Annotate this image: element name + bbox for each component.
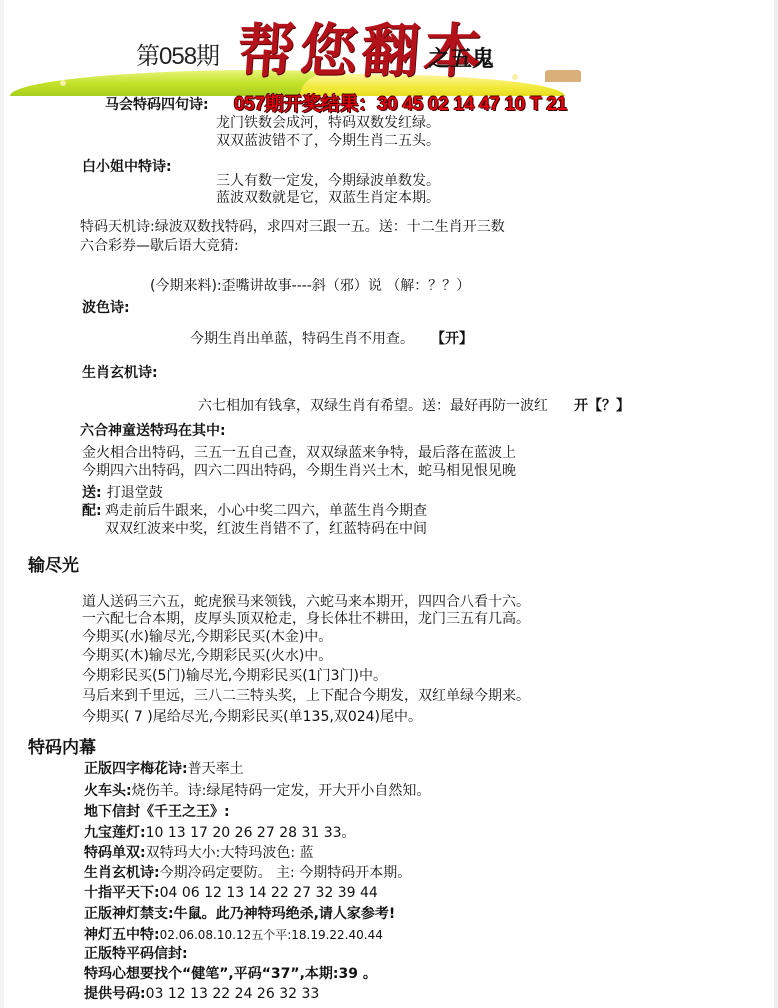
item-label: 提供号码: (84, 986, 146, 1002)
section-label: 特码天机诗: (80, 219, 155, 235)
item-value: 双特玛大小:大特玛波色: 蓝 (146, 845, 314, 861)
item-label: 正版神灯禁支: (84, 906, 174, 922)
poem-line: 马后来到千里远，三八二三特头奖，上下配合今期发，双红单绿今期来。 (82, 685, 530, 705)
brand-subtitle: 之五鬼 (428, 42, 494, 73)
item-label: 火车头: (84, 783, 132, 799)
poem-line: 双双蓝波错不了，今期生肖二五头。 (216, 130, 440, 150)
item-label: 十指平天下: (84, 885, 160, 901)
section-title: 特码内幕 (28, 733, 96, 758)
item-value: 普天率土 (188, 761, 244, 777)
item-value: 10 13 17 20 26 27 28 31 33。 (146, 825, 356, 841)
pei-label: 配: (82, 500, 102, 520)
list-item: 特码单双:双特玛大小:大特玛波色: 蓝 (84, 842, 314, 862)
list-item: 提供号码:03 12 13 22 24 26 32 33 (84, 983, 319, 1003)
xuanji-text: 六七相加有钱拿，双绿生肖有希望。送：最好再防一波红 (198, 398, 548, 414)
section-label-bose: 波色诗: (82, 297, 130, 317)
song-text: 打退堂鼓 (107, 485, 163, 501)
list-item: 九宝莲灯:10 13 17 20 26 27 28 31 33。 (84, 822, 356, 842)
list-item: 地下信封《千王之王》: (84, 801, 230, 821)
item-label: 正版四字梅花诗: (84, 761, 188, 777)
item-label: 九宝莲灯: (84, 825, 146, 841)
buy-line: 今期买(木)输尽光,今期彩民买(火水)中。 (82, 645, 332, 665)
section-label: 六合神童送特玛在其中: (80, 420, 226, 440)
scrollbar-track[interactable] (774, 0, 778, 1008)
item-value: 牛鼠。此乃神特玛绝杀,请人家参考! (174, 906, 396, 922)
item-value: 03 12 13 22 24 26 32 33 (146, 986, 320, 1002)
section-tianji: 特码天机诗:绿波双数找特码，求四对三跟一五。送：十二生肖开三数 (80, 216, 505, 236)
bose-row: 今期生肖出单蓝，特码生肖不用查。【开】 (190, 328, 473, 348)
pei-line: 双双红波来中奖，红波生肖错不了，红蓝特码在中间 (105, 518, 427, 538)
poem-line: 龙门铁数会成河，特码双数发红绿。 (216, 112, 440, 132)
poem-line: 今期四六出特码，四六二四出特码，今期生肖兴土木，蛇马相见恨见晚 (82, 460, 516, 480)
left-edge (0, 0, 4, 1008)
song-row: 送: 打退堂鼓 (82, 482, 163, 502)
xuanji-row: 六七相加有钱拿，双绿生肖有希望。送：最好再防一波红开【？】 (198, 395, 630, 415)
riddle-text: 歪嘴讲故事----斜（邪）说 （解：？？） (222, 278, 471, 294)
list-item: 火车头:烧伤羊。诗:绿尾特码一定发，开大开小自然知。 (84, 780, 430, 800)
xuanji-bracket: 开【？】 (574, 398, 630, 414)
section-title: 输尽光 (28, 551, 79, 576)
item-value: 今期冷码定要防。 主: 今期特码开本期。 (160, 865, 412, 881)
poem-line: 金火相合出特码，三五一五自己查，双双绿蓝来争特，最后落在蓝波上 (82, 442, 516, 462)
list-item: 正版四字梅花诗:普天率土 (84, 758, 244, 778)
item-label: 生肖玄机诗: (84, 865, 160, 881)
source-label: (今期来料): (150, 278, 222, 294)
dot-decoration (512, 74, 518, 80)
poem-line: 一六配七合本期，皮厚头顶双枪走，身长体壮不耕田，龙门三五有几高。 (82, 608, 530, 628)
list-item: 十指平天下:04 06 12 13 14 22 27 32 39 44 (84, 882, 378, 902)
item-label: 神灯五中特: (84, 927, 160, 943)
list-item: 正版神灯禁支:牛鼠。此乃神特玛绝杀,请人家参考! (84, 903, 395, 923)
buy-line: 今期买(水)输尽光,今期彩民买(木金)中。 (82, 626, 332, 646)
item-label: 正版特平码信封: (84, 946, 188, 962)
xiehouyu-row: (今期来料):歪嘴讲故事----斜（邪）说 （解：？？） (150, 275, 470, 295)
item-value: 02.06.08.10.12五个平:18.19.22.40.44 (160, 928, 383, 942)
buy-line: 今期买( 7 )尾给尽光,今期彩民买(单135,双024)尾中。 (82, 706, 422, 726)
list-item: 神灯五中特:02.06.08.10.12五个平:18.19.22.40.44 (84, 924, 383, 944)
pei-line: 鸡走前后牛跟来，小心中奖二四六，单蓝生肖今期查 (105, 500, 427, 520)
section-label-xuanji: 生肖玄机诗: (82, 362, 158, 382)
issue-number: 第058期 (136, 36, 219, 71)
xiehouyu-label: 六合彩券—歇后语大竞猜: (80, 235, 239, 255)
item-label: 特码单双: (84, 845, 146, 861)
item-value: 04 06 12 13 14 22 27 32 39 44 (160, 885, 378, 901)
buy-line: 今期彩民买(5门)输尽光,今期彩民买(1门3门)中。 (82, 665, 387, 685)
item-label: 地下信封《千王之王》: (84, 804, 230, 820)
section-text: 绿波双数找特码，求四对三跟一五。送：十二生肖开三数 (155, 219, 505, 235)
item-label: 特玛心想要找个 (84, 966, 182, 982)
dot-decoration (60, 80, 66, 86)
song-label: 送: (82, 485, 102, 501)
house-decoration (545, 70, 581, 82)
list-item: 特玛心想要找个“健笔”,平码“37”,本期:39 。 (84, 963, 377, 983)
poem-line: 蓝波双数就是它，双蓝生肖定本期。 (216, 187, 440, 207)
bose-text: 今期生肖出单蓝，特码生肖不用查。 (190, 331, 414, 347)
list-item: 生肖玄机诗:今期冷码定要防。 主: 今期特码开本期。 (84, 862, 411, 882)
bose-bracket: 【开】 (438, 331, 473, 347)
section-label: 马会特码四句诗: (105, 94, 209, 114)
item-value: “健笔”,平码“37”,本期:39 。 (182, 966, 377, 982)
item-value: 烧伤羊。诗:绿尾特码一定发，开大开小自然知。 (132, 783, 431, 799)
list-item: 正版特平码信封: (84, 943, 188, 963)
section-label: 白小姐中特诗: (82, 156, 172, 176)
